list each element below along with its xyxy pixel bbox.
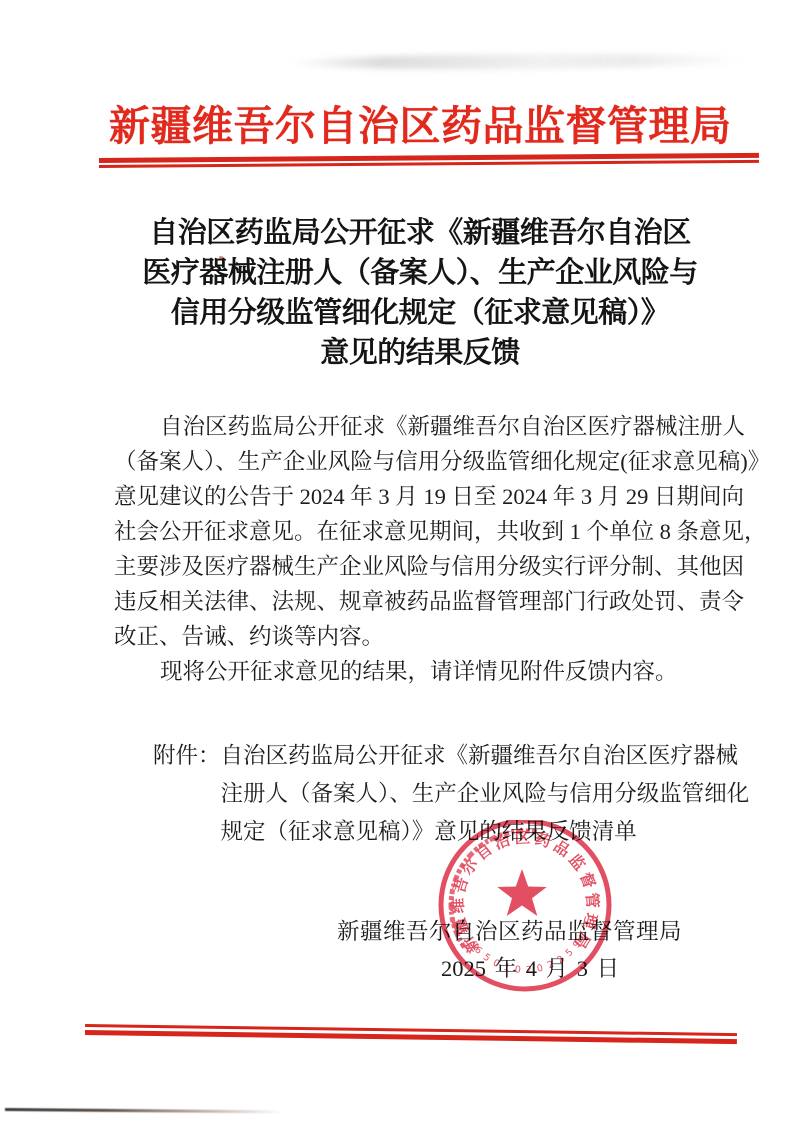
footer-double-rule bbox=[85, 1024, 737, 1044]
body-line: 社会公开征求意见。在征求意见期间，共收到 1 个单位 8 条意见， bbox=[114, 514, 734, 549]
title-line-1: 自治区药监局公开征求《新疆维吾尔自治区 bbox=[88, 213, 752, 253]
title-line-4: 意见的结果反馈 bbox=[88, 333, 752, 373]
official-seal: 新疆维吾尔自治区药品监督管理局 6501020225983 bbox=[437, 820, 617, 1000]
scan-edge-shadow bbox=[5, 1108, 283, 1113]
scan-smudge bbox=[288, 52, 748, 70]
body-line: 意见建议的公告于 2024 年 3 月 19 日至 2024 年 3 月 29 … bbox=[114, 479, 734, 514]
attachment-line-1: 自治区药监局公开征求《新疆维吾尔自治区医疗器械 bbox=[221, 737, 750, 775]
seal-star-icon bbox=[497, 869, 546, 916]
title-line-2: 医疗器械注册人（备案人）、生产企业风险与 bbox=[88, 253, 752, 293]
title-line-3: 信用分级监管细化规定（征求意见稿）》 bbox=[88, 293, 752, 333]
document-title: 自治区药监局公开征求《新疆维吾尔自治区 医疗器械注册人（备案人）、生产企业风险与… bbox=[88, 213, 752, 373]
body-line: （备案人）、生产企业风险与信用分级监管细化规定(征求意见稿)》 bbox=[114, 444, 734, 479]
body-line: 自治区药监局公开征求《新疆维吾尔自治区医疗器械注册人 bbox=[114, 409, 734, 444]
body-text: 自治区药监局公开征求《新疆维吾尔自治区医疗器械注册人 （备案人）、生产企业风险与… bbox=[114, 409, 734, 689]
attachment-line-2: 注册人（备案人）、生产企业风险与信用分级监管细化 bbox=[221, 775, 750, 813]
body-line: 违反相关法律、法规、规章被药品监督管理部门行政处罚、责令 bbox=[114, 584, 734, 619]
body-line: 改正、告诫、约谈等内容。 bbox=[114, 619, 734, 654]
body-line: 主要涉及医疗器械生产企业风险与信用分级实行评分制、其他因 bbox=[114, 549, 734, 584]
document-page: 新疆维吾尔自治区药品监督管理局 自治区药监局公开征求《新疆维吾尔自治区 医疗器械… bbox=[0, 0, 793, 1121]
attachment-label: 附件： bbox=[153, 737, 221, 775]
letterhead-double-rule bbox=[99, 153, 759, 168]
letterhead-org-name: 新疆维吾尔自治区药品监督管理局 bbox=[109, 100, 729, 152]
body-paragraph-2: 现将公开征求意见的结果，请详情见附件反馈内容。 bbox=[114, 654, 734, 689]
